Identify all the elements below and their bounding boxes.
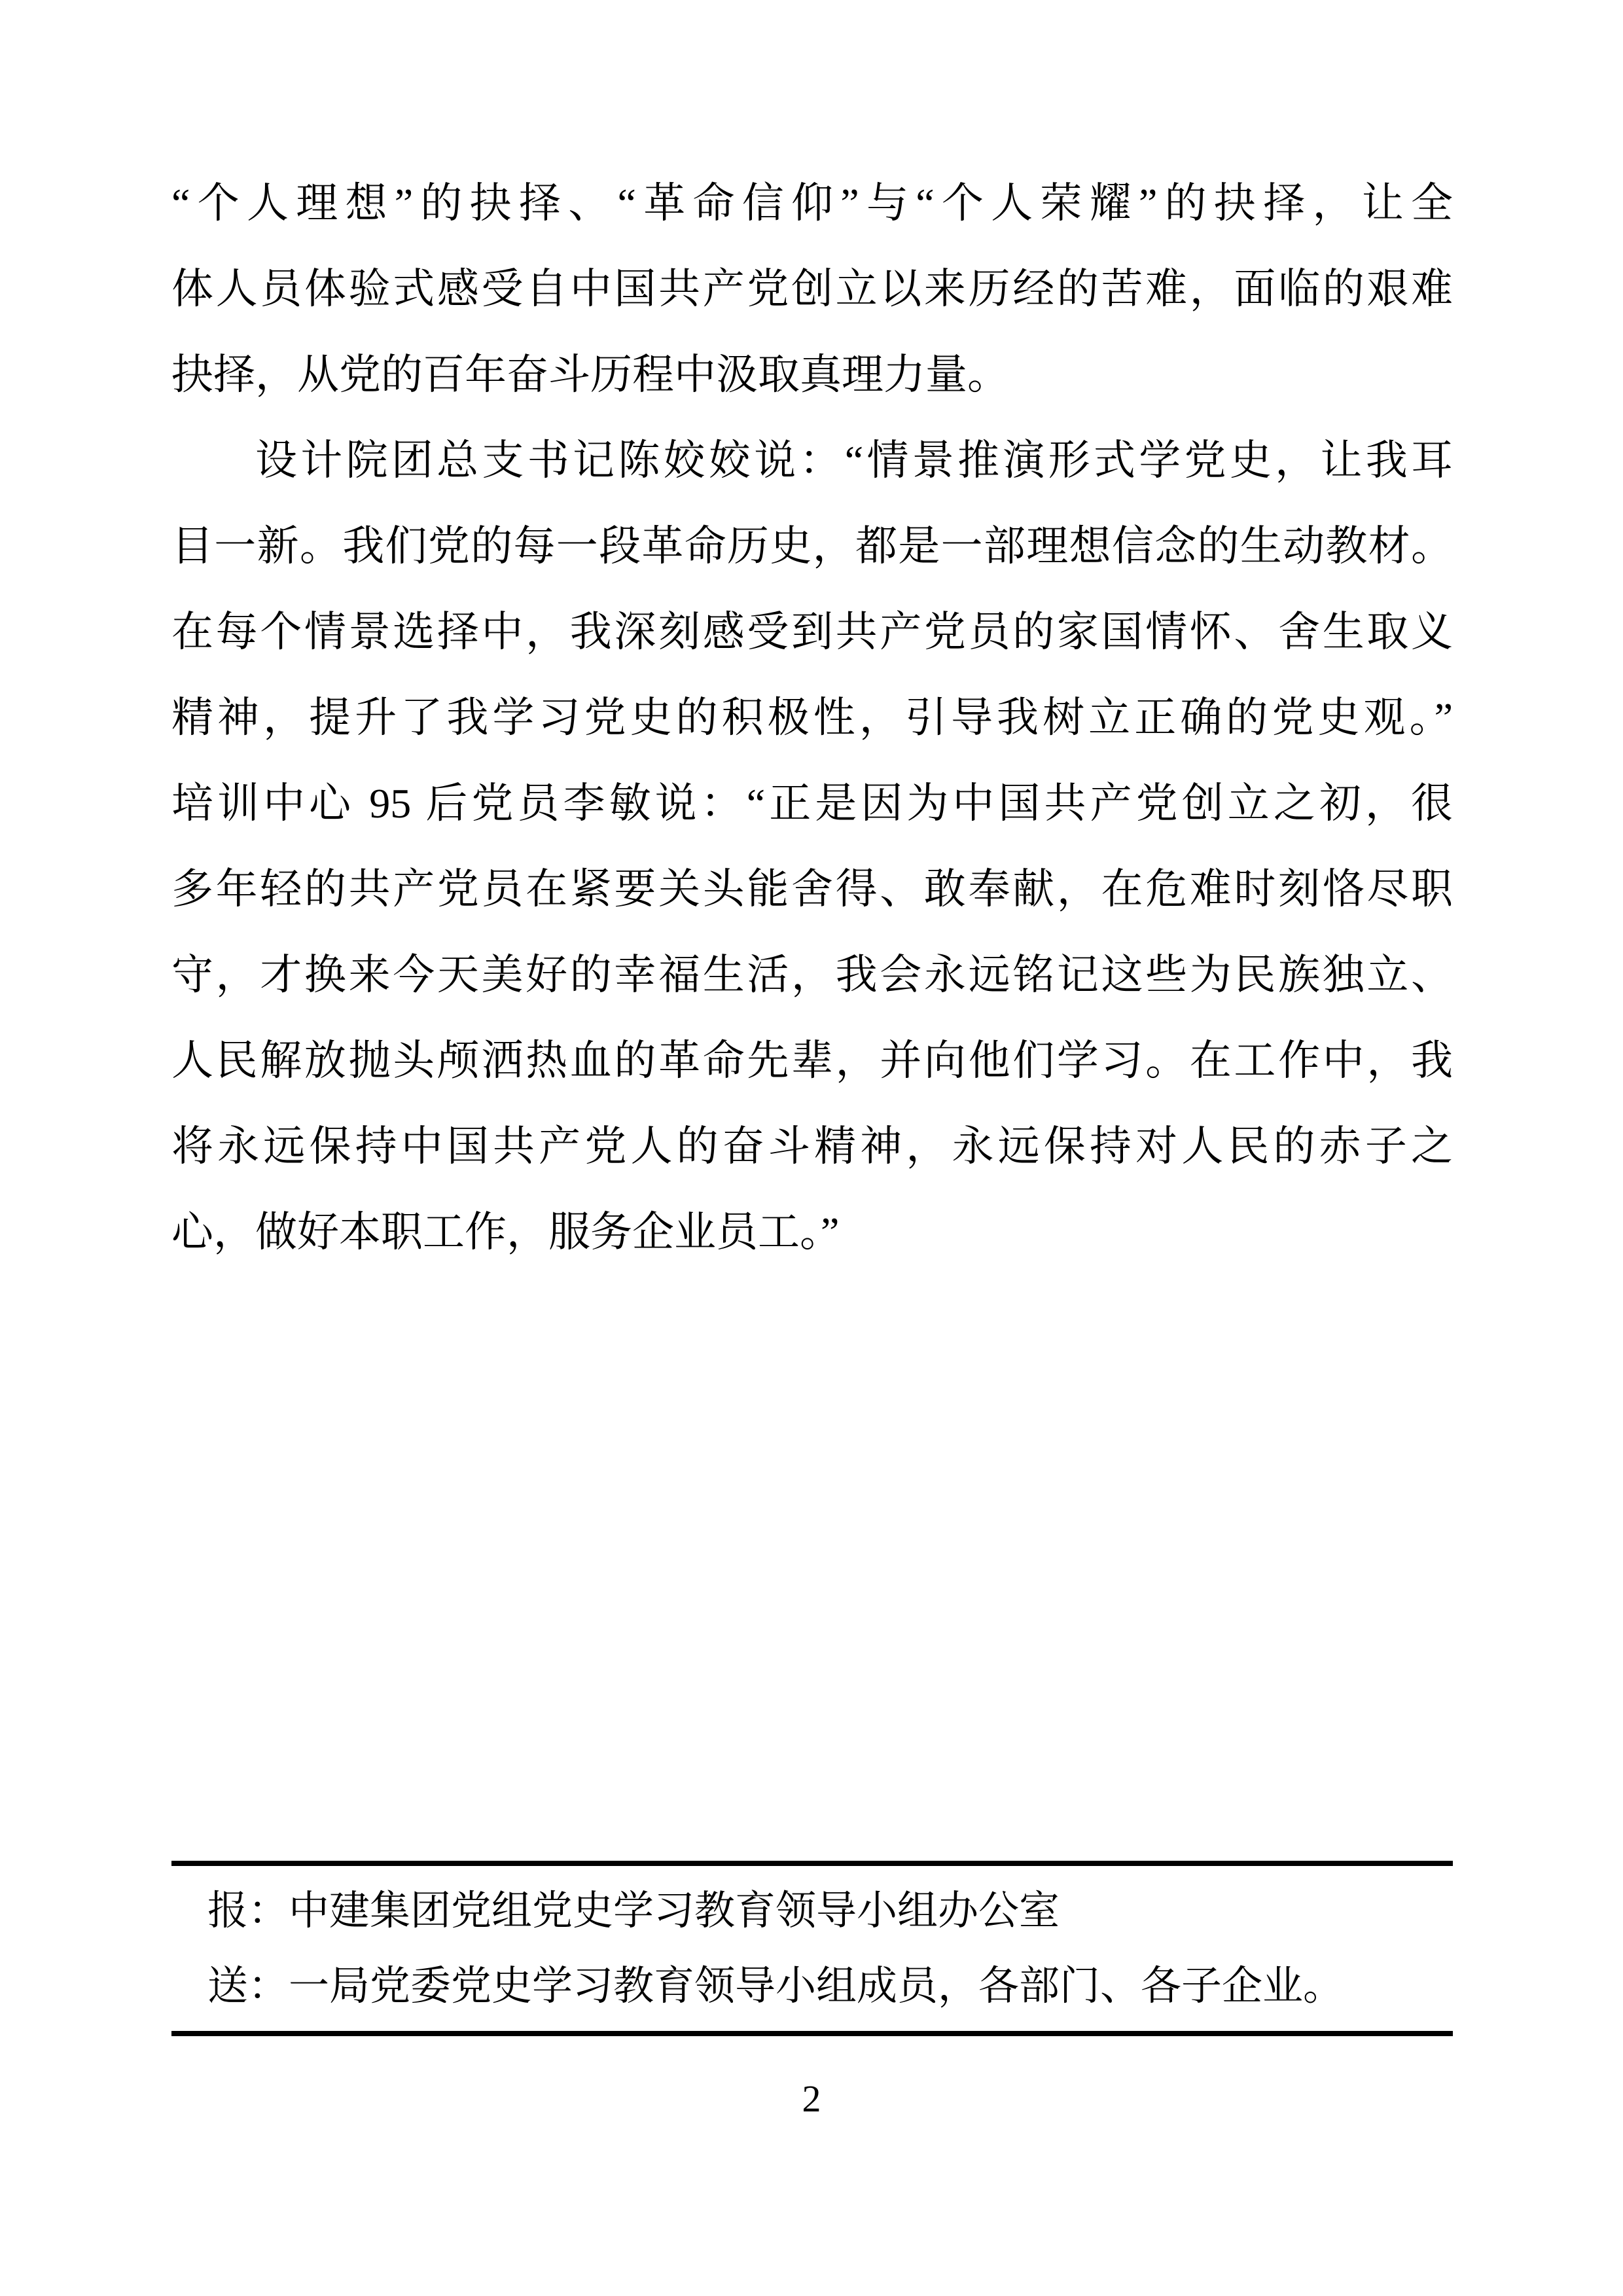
page-number: 2 — [0, 2080, 1623, 2118]
colophon-bottom-rule — [171, 2031, 1453, 2036]
send-line: 送：一局党委党史学习教育领导小组成员，各部门、各子企业。 — [207, 1949, 1453, 2024]
body-text-line: 体人员体验式感受自中国共产党创立以来历经的苦难，面临的艰难 — [171, 246, 1453, 332]
send-text: 一局党委党史学习教育领导小组成员，各部门、各子企业。 — [289, 1964, 1344, 2009]
body-text-line: 在每个情景选择中，我深刻感受到共产党员的家国情怀、舍生取义 — [171, 589, 1453, 675]
body-text-line: 培训中心 95 后党员李敏说：“正是因为中国共产党创立之初，很 — [171, 761, 1453, 846]
send-label: 送： — [207, 1964, 289, 2009]
report-label: 报： — [207, 1889, 289, 1933]
body-text-line: 目一新。我们党的每一段革命历史，都是一部理想信念的生动教材。 — [171, 503, 1453, 589]
body-text-line: 抉择，从党的百年奋斗历程中汲取真理力量。 — [171, 332, 1453, 418]
report-line: 报：中建集团党组党史学习教育领导小组办公室 — [207, 1874, 1453, 1949]
body-text-line: 守，才换来今天美好的幸福生活，我会永远铭记这些为民族独立、 — [171, 932, 1453, 1018]
document-body: “个人理想”的抉择、“革命信仰”与“个人荣耀”的抉择，让全体人员体验式感受自中国… — [171, 160, 1453, 1275]
report-text: 中建集团党组党史学习教育领导小组办公室 — [289, 1889, 1060, 1933]
body-text-line: 精神，提升了我学习党史的积极性，引导我树立正确的党史观。” — [171, 675, 1453, 761]
colophon: 报：中建集团党组党史学习教育领导小组办公室 送：一局党委党史学习教育领导小组成员… — [171, 1861, 1453, 2036]
body-text-line: 心，做好本职工作，服务企业员工。” — [171, 1189, 1453, 1275]
body-text-line: 多年轻的共产党员在紧要关头能舍得、敢奉献，在危难时刻恪尽职 — [171, 846, 1453, 932]
body-text-line: “个人理想”的抉择、“革命信仰”与“个人荣耀”的抉择，让全 — [171, 160, 1453, 246]
colophon-top-rule — [171, 1861, 1453, 1866]
body-text-line: 人民解放抛头颅洒热血的革命先辈，并向他们学习。在工作中，我 — [171, 1018, 1453, 1103]
body-text-line: 设计院团总支书记陈姣姣说：“情景推演形式学党史，让我耳 — [171, 418, 1453, 503]
body-text-line: 将永远保持中国共产党人的奋斗精神，永远保持对人民的赤子之 — [171, 1103, 1453, 1189]
colophon-lines: 报：中建集团党组党史学习教育领导小组办公室 送：一局党委党史学习教育领导小组成员… — [171, 1866, 1453, 2031]
document-page: “个人理想”的抉择、“革命信仰”与“个人荣耀”的抉择，让全体人员体验式感受自中国… — [0, 0, 1623, 2296]
